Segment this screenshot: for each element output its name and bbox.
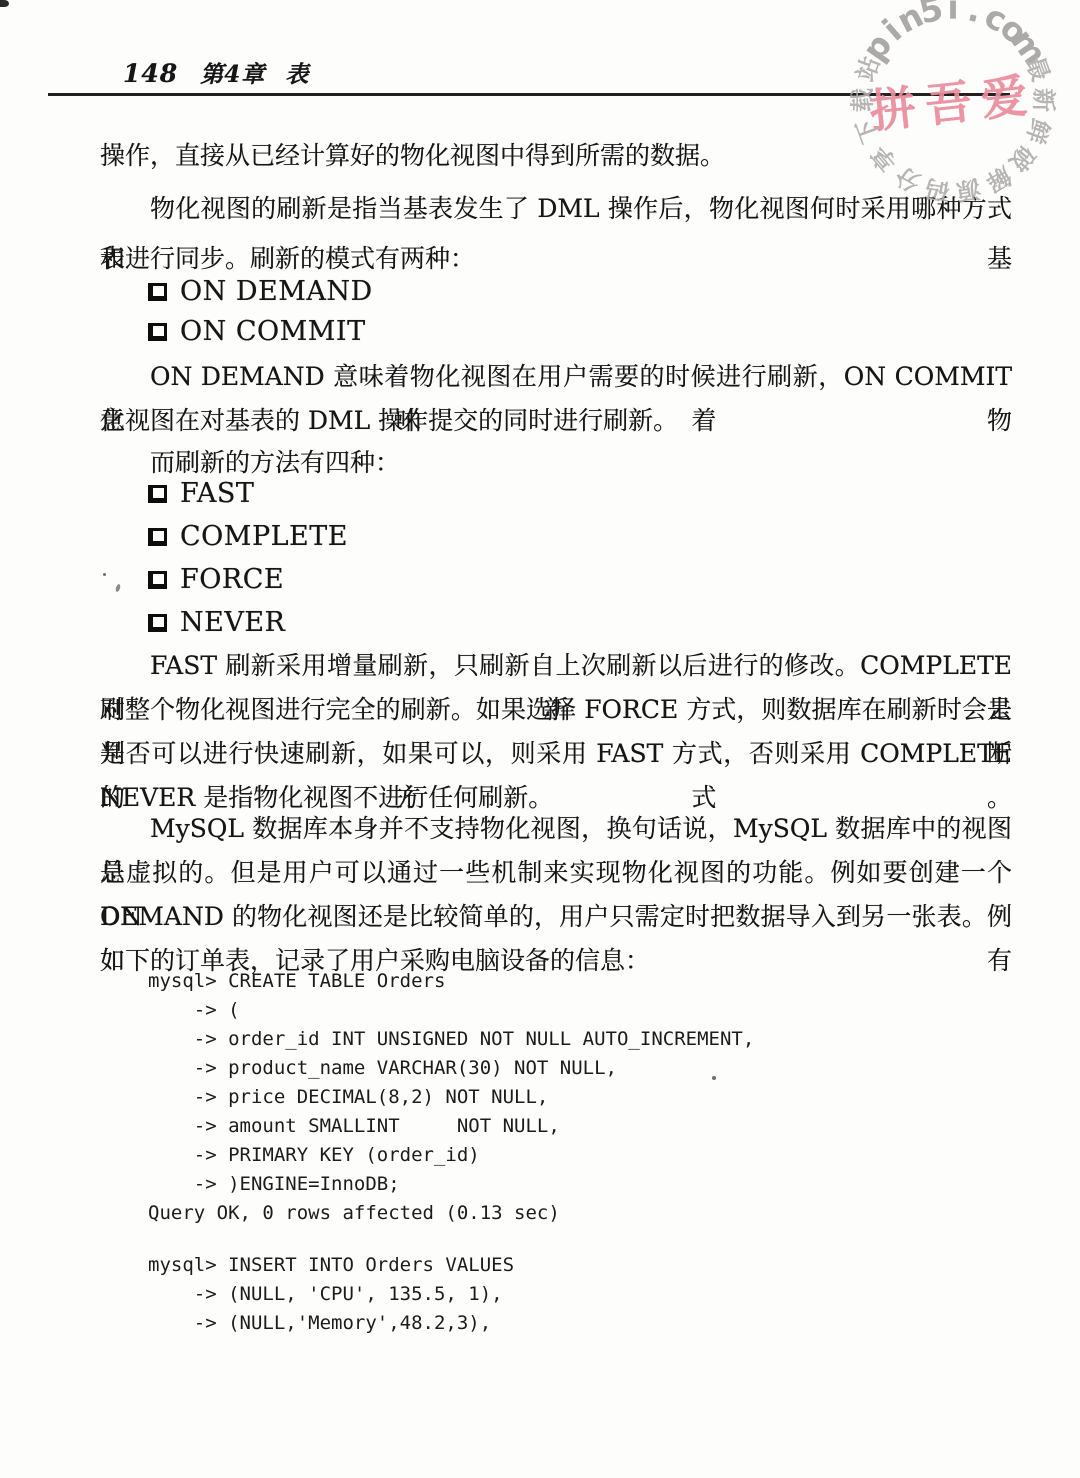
text-line: 对整个物化视图进行完全的刷新。如果选择 FORCE 方式，则数据库在刷新时会去判… (100, 688, 1012, 732)
watermark-arc-char: m (1003, 21, 1055, 72)
list-refresh-methods: FAST COMPLETE FORCE NEVER (148, 479, 348, 651)
list-item-label: ON DEMAND (180, 277, 373, 307)
chapter-label: 第4章 (200, 61, 265, 88)
list-item-on-demand: ON DEMAND (148, 277, 373, 307)
list-item-label: FAST (180, 479, 254, 509)
code-line: -> )ENGINE=InnoDB; (148, 1170, 754, 1199)
watermark-arc-char: 最 (1020, 51, 1061, 86)
square-bullet-icon (148, 528, 167, 546)
watermark-arc-char: i (875, 12, 909, 49)
text-line: 是虚拟的。但是用户可以通过一些机制来实现物化视图的功能。例如要创建一个 ON (100, 851, 1012, 895)
code-insert-orders: mysql> INSERT INTO Orders VALUES -> (NUL… (148, 1251, 514, 1338)
watermark-arc-char: 鲜 (1020, 115, 1061, 150)
watermark-arc-char: 新 (1029, 88, 1064, 112)
running-header: 148第4章表 (123, 56, 309, 89)
watermark-arc-char: 站 (845, 51, 886, 86)
list-item-complete: COMPLETE (148, 522, 348, 552)
list-item-never: NEVER (148, 608, 348, 638)
text-line: 是否可以进行快速刷新，如果可以，则采用 FAST 方式，否则采用 COMPLET… (100, 732, 1012, 776)
square-bullet-icon (148, 571, 167, 589)
scan-noise (103, 573, 106, 576)
watermark-arc-char: c (978, 0, 1013, 39)
paragraph-mode-explanation: ON DEMAND 意味着物化视图在用户需要的时候进行刷新，ON COMMIT … (100, 355, 1012, 443)
watermark-center-text: 拼吾爱 (866, 58, 1040, 141)
watermark-arc-char: i (947, 0, 958, 27)
watermark-arc-char: n (891, 0, 930, 40)
page-number: 148 (123, 59, 178, 88)
code-line: -> (NULL, 'CPU', 135.5, 1), (148, 1280, 514, 1309)
text-line: DEMAND 的物化视图还是比较简单的，用户只需定时把数据导入到另一张表。例如有 (100, 895, 1012, 939)
header-rule (48, 93, 1010, 96)
list-item-label: FORCE (180, 565, 284, 595)
code-line: -> product_name VARCHAR(30) NOT NULL, (148, 1054, 754, 1083)
watermark-arc-char: 载 (843, 88, 878, 112)
text-line: 物化视图的刷新是指当基表发生了 DML 操作后，物化视图何时采用哪种方式和基 (100, 184, 1012, 234)
code-line: -> ( (148, 996, 754, 1025)
code-line: Query OK, 0 rows affected (0.13 sec) (148, 1199, 754, 1228)
list-item-label: NEVER (180, 608, 285, 638)
watermark-arc-char: p (854, 26, 899, 68)
watermark-arc-char: 5 (915, 0, 947, 31)
watermark-arc-char: . (964, 0, 985, 30)
watermark-arc-char: o (993, 8, 1036, 52)
square-bullet-icon (148, 485, 167, 503)
scan-noise (115, 584, 121, 593)
scan-noise (0, 0, 9, 7)
code-line: -> amount SMALLINT NOT NULL, (148, 1112, 754, 1141)
square-bullet-icon (148, 323, 167, 341)
code-line: -> price DECIMAL(8,2) NOT NULL, (148, 1083, 754, 1112)
text-line: FAST 刷新采用增量刷新，只刷新自上次刷新以后进行的修改。COMPLETE 刷… (100, 644, 1012, 688)
list-item-label: COMPLETE (180, 522, 348, 552)
book-page-scan: 148第4章表 拼吾爱 pin5i.com最新鲜破解源码分享下载站 操作，直接从… (0, 0, 1080, 1478)
code-line: mysql> INSERT INTO Orders VALUES (148, 1251, 514, 1280)
code-create-table: mysql> CREATE TABLE Orders -> ( -> order… (148, 967, 754, 1228)
scan-noise (712, 1076, 716, 1080)
paragraph-method-explanation: FAST 刷新采用增量刷新，只刷新自上次刷新以后进行的修改。COMPLETE 刷… (100, 644, 1012, 820)
code-line: -> order_id INT UNSIGNED NOT NULL AUTO_I… (148, 1025, 754, 1054)
text-line: MySQL 数据库本身并不支持物化视图，换句话说，MySQL 数据库中的视图总 (100, 807, 1012, 851)
code-line: -> (NULL,'Memory',48.2,3), (148, 1309, 514, 1338)
paragraph-intro-continuation: 操作，直接从已经计算好的物化视图中得到所需的数据。 (100, 134, 1012, 178)
text-line: 操作，直接从已经计算好的物化视图中得到所需的数据。 (100, 134, 1012, 178)
code-line: -> PRIMARY KEY (order_id) (148, 1141, 754, 1170)
watermark-stamp: 拼吾爱 pin5i.com最新鲜破解源码分享下载站 (822, 0, 1080, 210)
section-label: 表 (285, 61, 309, 88)
list-item-label: ON COMMIT (180, 317, 366, 347)
list-refresh-modes: ON DEMAND ON COMMIT (148, 277, 373, 357)
paragraph-refresh-definition: 物化视图的刷新是指当基表发生了 DML 操作后，物化视图何时采用哪种方式和基 表… (100, 184, 1012, 284)
list-item-on-commit: ON COMMIT (148, 317, 373, 347)
paragraph-mysql-workaround: MySQL 数据库本身并不支持物化视图，换句话说，MySQL 数据库中的视图总 … (100, 807, 1012, 983)
square-bullet-icon (148, 283, 167, 301)
list-item-force: FORCE (148, 565, 348, 595)
text-line: ON DEMAND 意味着物化视图在用户需要的时候进行刷新，ON COMMIT … (100, 355, 1012, 399)
code-line: mysql> CREATE TABLE Orders (148, 967, 754, 996)
list-item-fast: FAST (148, 479, 348, 509)
square-bullet-icon (148, 614, 167, 632)
